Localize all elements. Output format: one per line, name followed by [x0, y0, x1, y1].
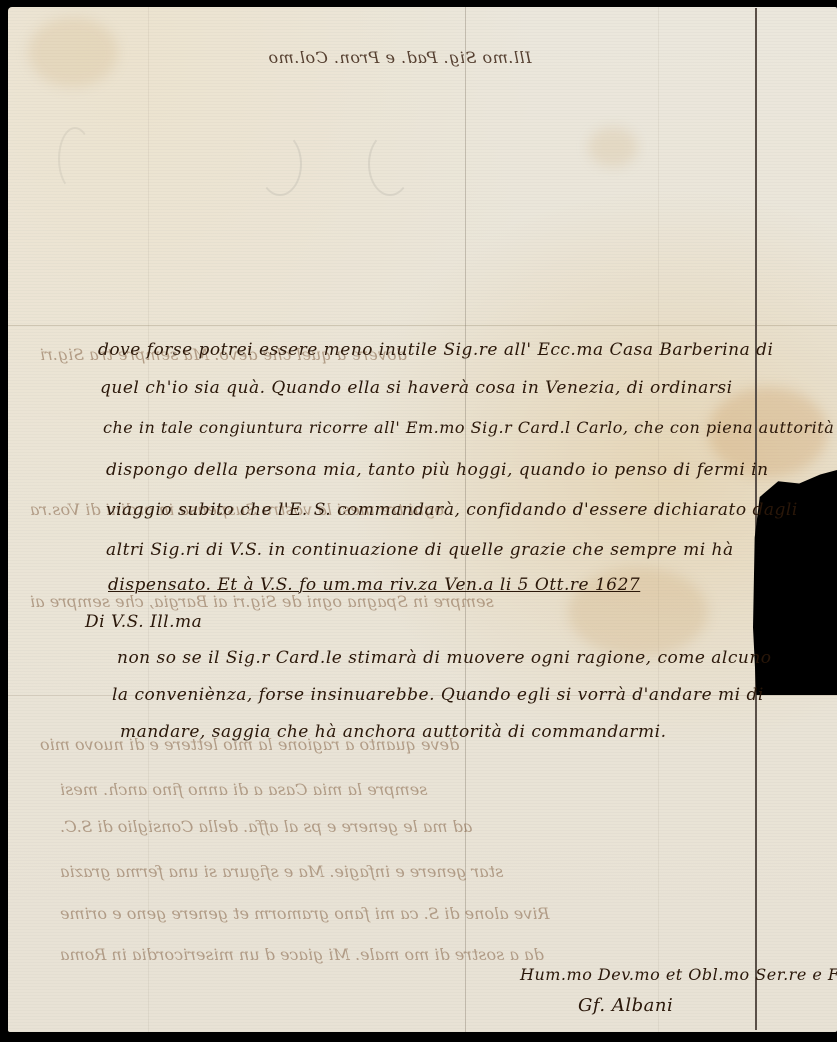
letter-line: quel ch'io sia quà. Quando ella si haver… [100, 378, 733, 398]
fold-line-horizontal [8, 325, 837, 326]
letter-closing-date-line: dispensato. Et à V.S. fo um.ma riv.za Ve… [108, 575, 640, 595]
letter-line: che in tale congiuntura ricorre all' Em.… [103, 418, 834, 437]
header-salutation-mirrored: Ill.mo Sig. Pad. e Pron. Col.mo [268, 48, 531, 67]
paper-stain [588, 127, 638, 167]
seal-impression [58, 127, 92, 191]
signature-name: Gf. Albani [578, 995, 673, 1016]
letter-line: dove forse potrei essere meno inutile Si… [98, 340, 773, 360]
postscript-line: mandare, saggia che hà anchora auttorità… [120, 722, 667, 742]
seal-impression [368, 132, 412, 196]
paper-stain [28, 17, 118, 87]
postscript-line: la conveniènza, forse insinuarebbe. Quan… [112, 685, 764, 705]
seal-impression [258, 132, 302, 196]
letter-line: altri Sig.ri di V.S. in continuazione di… [106, 540, 734, 560]
bleed-through-text: da a sostre di mo male. Mi giace d un mi… [60, 945, 544, 964]
postscript-line: non so se il Sig.r Card.le stimarà di mu… [117, 648, 772, 668]
signature-closing: Hum.mo Dev.mo et Obl.mo Ser.re e Fig.o [520, 965, 837, 984]
bleed-through-text: sempre la mia Casa a di anno fino anch. … [60, 780, 427, 799]
bleed-through-text: star genere e infagie. Ma e sfigura si u… [60, 862, 503, 881]
bleed-through-text: Rive alone di S. ca mi fano gramorm et g… [60, 904, 550, 923]
bleed-through-text: ad ma le genere e ps al affa. della Cons… [60, 817, 472, 836]
salutation-close: Di V.S. Ill.ma [85, 612, 202, 632]
letter-line: dispongo della persona mia, tanto più ho… [106, 460, 769, 480]
letter-line: viaggio subito che l'E. S. commandarà, c… [106, 500, 798, 520]
